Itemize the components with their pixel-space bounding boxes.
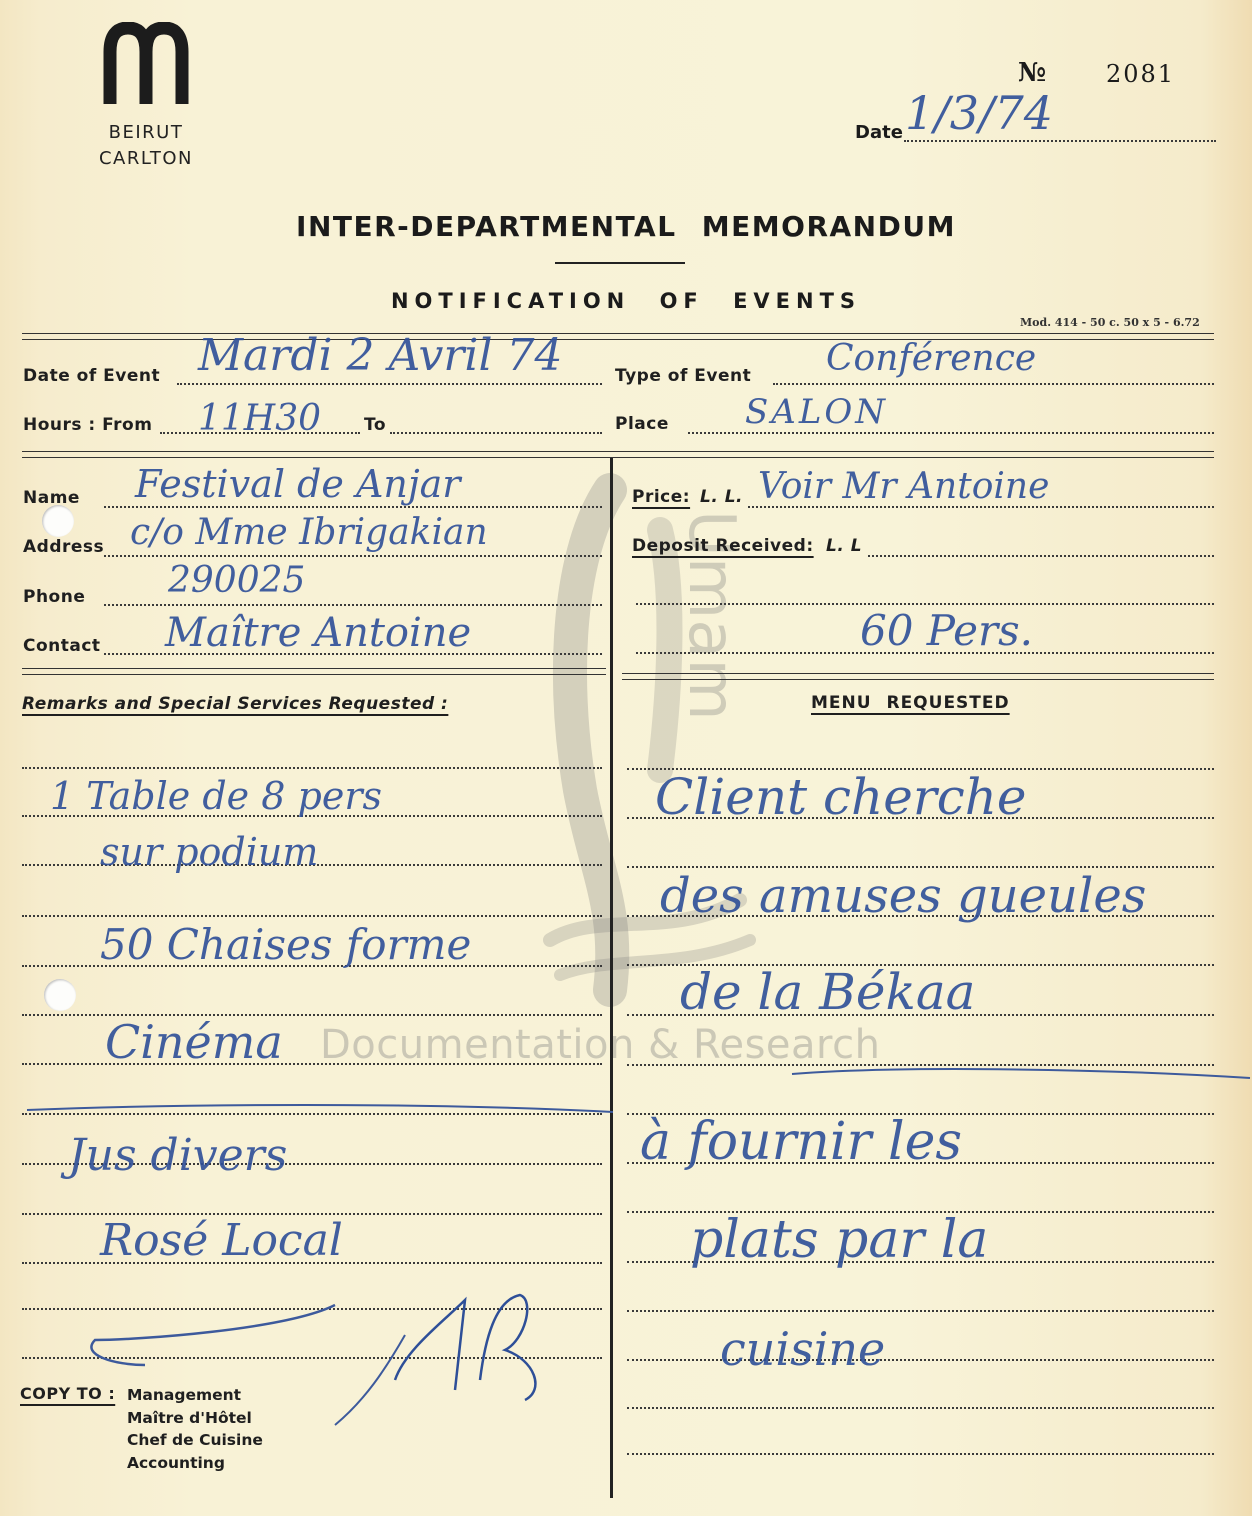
copy-to-recipient: Accounting xyxy=(127,1452,263,1475)
brand-line-1: BEIRUT xyxy=(60,122,232,143)
place-field[interactable]: SALON xyxy=(745,392,888,432)
menu-line xyxy=(627,1310,1214,1312)
copy-to-recipient: Chef de Cuisine xyxy=(127,1429,263,1452)
brand-line-2: CARLTON xyxy=(60,148,232,169)
copy-to-list: Management Maître d'Hôtel Chef de Cuisin… xyxy=(127,1384,263,1474)
remarks-entry[interactable]: Jus divers xyxy=(68,1130,287,1181)
menu-entry[interactable]: Client cherche xyxy=(655,768,1027,826)
price-field[interactable]: Voir Mr Antoine xyxy=(758,466,1049,507)
date-label: Date xyxy=(855,122,903,143)
memo-number: 2081 xyxy=(1106,60,1175,88)
remarks-line xyxy=(22,915,602,917)
type-of-event-label: Type of Event xyxy=(615,366,751,386)
remarks-entry[interactable]: 50 Chaises forme xyxy=(100,920,471,969)
remarks-entry[interactable]: sur podium xyxy=(100,830,318,874)
menu-line xyxy=(627,1359,1214,1361)
title-divider xyxy=(555,262,685,264)
pricing-extra-line-1 xyxy=(636,603,1214,605)
menu-entry[interactable]: des amuses gueules xyxy=(660,868,1146,924)
date-of-event-line xyxy=(177,383,602,385)
copy-to-recipient: Maître d'Hôtel xyxy=(127,1407,263,1430)
memo-number-label: № xyxy=(1018,58,1046,88)
menu-entry[interactable]: à fournir les xyxy=(640,1112,962,1172)
phone-line xyxy=(104,604,602,606)
date-field[interactable]: 1/3/74 xyxy=(905,86,1053,140)
menu-entry[interactable]: plats par la xyxy=(690,1210,988,1270)
deposit-line xyxy=(868,555,1214,557)
hours-from-field[interactable]: 11H30 xyxy=(198,398,321,439)
rule-left-bottom xyxy=(22,668,606,675)
column-divider xyxy=(610,458,613,1498)
type-of-event-field[interactable]: Conférence xyxy=(826,338,1036,379)
punch-hole-top xyxy=(42,505,74,537)
name-field[interactable]: Festival de Anjar xyxy=(135,462,460,506)
guest-count-field[interactable]: 60 Pers. xyxy=(860,606,1033,655)
hours-to-line xyxy=(390,432,602,434)
copy-to-recipient: Management xyxy=(127,1384,263,1407)
rule-mid xyxy=(22,451,1214,458)
place-line xyxy=(688,432,1214,434)
menu-line xyxy=(627,1453,1214,1455)
menu-line xyxy=(627,1407,1214,1409)
remarks-entry[interactable]: Cinéma xyxy=(105,1015,283,1069)
remarks-entry[interactable]: 1 Table de 8 pers xyxy=(50,774,382,818)
address-line xyxy=(104,555,602,557)
menu-separator-stroke xyxy=(790,1062,1252,1092)
rule-right-bottom xyxy=(622,673,1214,680)
contact-field[interactable]: Maître Antoine xyxy=(165,610,471,656)
copy-to-label: COPY TO : xyxy=(20,1384,115,1403)
deposit-currency: L. L xyxy=(826,536,862,556)
remarks-entry[interactable]: Rosé Local xyxy=(100,1215,343,1266)
phone-field[interactable]: 290025 xyxy=(168,560,305,601)
menu-entry[interactable]: cuisine xyxy=(720,1322,885,1376)
date-of-event-field[interactable]: Mardi 2 Avril 74 xyxy=(198,330,563,381)
remarks-heading: Remarks and Special Services Requested : xyxy=(22,694,448,714)
price-currency: L. L. xyxy=(700,487,743,507)
phone-label: Phone xyxy=(23,587,85,607)
menu-entry[interactable]: de la Békaa xyxy=(680,963,975,1021)
punch-hole-bottom xyxy=(44,979,76,1011)
place-label: Place xyxy=(615,414,669,434)
hours-to-label: To xyxy=(364,415,386,435)
hours-from-label: Hours : From xyxy=(23,415,152,435)
date-of-event-label: Date of Event xyxy=(23,366,160,386)
address-label: Address xyxy=(23,537,104,557)
address-field[interactable]: c/o Mme Ibrigakian xyxy=(130,512,488,553)
hotel-logo-icon xyxy=(103,22,189,104)
remarks-line xyxy=(22,767,602,769)
contact-label: Contact xyxy=(23,636,101,656)
type-of-event-line xyxy=(773,383,1214,385)
remarks-separator-stroke xyxy=(25,1098,615,1118)
name-line xyxy=(104,506,602,508)
form-code: Mod. 414 - 50 c. 50 x 5 - 6.72 xyxy=(1020,316,1200,329)
page-title: INTER-DEPARTMENTAL MEMORANDUM xyxy=(0,210,1252,243)
deposit-label: Deposit Received: xyxy=(632,536,814,556)
menu-heading: MENU REQUESTED xyxy=(811,693,1010,713)
date-line xyxy=(904,140,1216,142)
page-subtitle: NOTIFICATION OF EVENTS xyxy=(0,289,1252,313)
price-label: Price: xyxy=(632,487,690,507)
